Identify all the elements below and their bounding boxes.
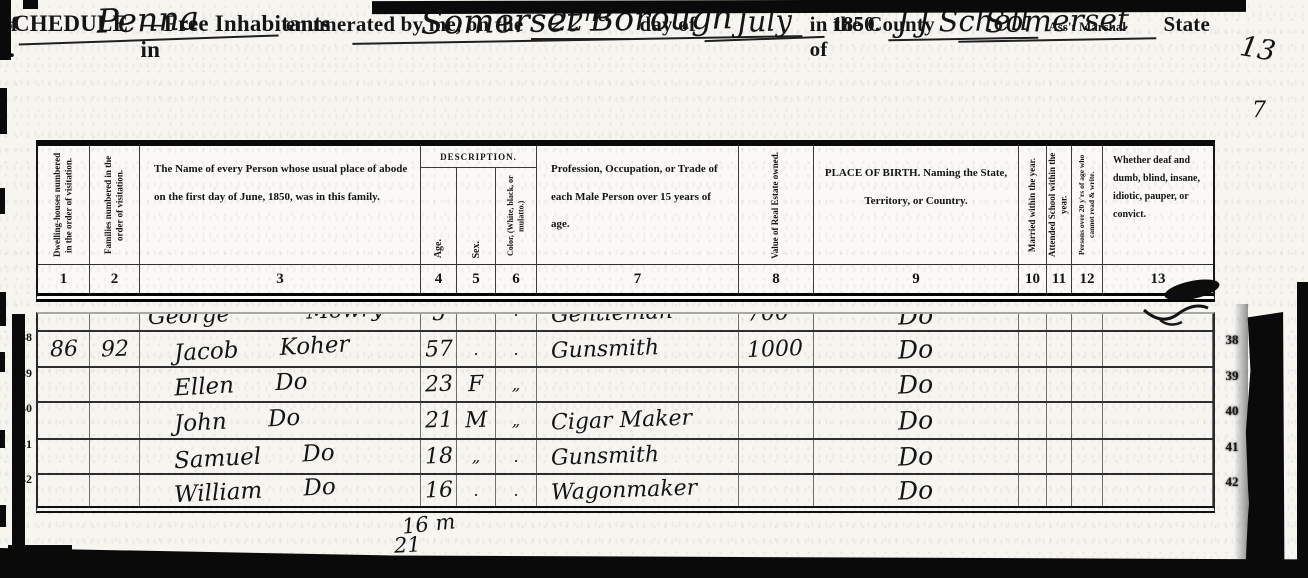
column-header-married-label: Married within the year. — [1027, 158, 1039, 252]
column-number: 5 — [457, 265, 496, 293]
line-number-right: 38 — [1221, 332, 1243, 348]
name-handwriting: Jacob Koher — [173, 331, 350, 366]
cell-birthplace: Do — [814, 440, 1019, 473]
cell-married — [1019, 475, 1047, 506]
state-handwriting: Penna — [17, 0, 278, 46]
color-handwriting: „ — [512, 411, 520, 430]
page-number-handwriting: 13 — [1237, 29, 1278, 68]
name-handwriting: Ellen Do — [173, 368, 308, 401]
column-number: 11 — [1047, 265, 1072, 293]
age-handwriting: 5 — [431, 314, 446, 326]
marshal-label: Ass't Marshal — [1048, 19, 1126, 35]
cell-dwelling — [38, 368, 90, 401]
scan-artifact-bottom-band — [0, 548, 1308, 578]
sex-handwriting: . — [473, 340, 478, 359]
cell-family — [90, 403, 140, 438]
cell-occupation: Gunsmith — [537, 440, 739, 473]
line-number-right: 42 — [1221, 474, 1243, 490]
table-row-partial: George Mowry 5 . Gentleman 700 Do — [38, 314, 1213, 332]
table-row-40: John Do 21 M „ Cigar Maker Do — [38, 403, 1213, 440]
birthplace-handwriting: Do — [898, 314, 934, 331]
occupation-handwriting: Wagonmaker — [551, 475, 698, 505]
cell-sex: . — [457, 332, 496, 366]
cell-real-estate — [739, 403, 814, 438]
birthplace-handwriting: Do — [898, 405, 934, 435]
name-handwriting: Samuel Do — [173, 439, 335, 473]
scan-artifact-right-strip — [1297, 282, 1308, 578]
cell-age: 57 — [421, 332, 457, 366]
cell-condition — [1103, 475, 1213, 506]
cell-name: Ellen Do — [140, 368, 421, 401]
scan-artifact — [0, 352, 5, 372]
column-header-birthplace: PLACE OF BIRTH. Naming the State, Territ… — [814, 146, 1019, 264]
cell-birthplace: Do — [814, 403, 1019, 438]
cell-birthplace: Do — [814, 475, 1019, 506]
cell-occupation: Gentleman — [537, 314, 739, 330]
name-handwriting: George Mowry — [148, 314, 385, 330]
scan-artifact — [0, 292, 6, 326]
cell-sex: . — [457, 475, 496, 506]
cell-birthplace: Do — [814, 368, 1019, 401]
cell-dwelling — [38, 440, 90, 473]
column-number: 8 — [739, 265, 814, 293]
column-number: 4 — [421, 265, 457, 293]
cell-married — [1019, 332, 1047, 366]
birthplace-handwriting: Do — [898, 441, 934, 471]
cell-occupation — [537, 368, 739, 401]
cell-married — [1019, 403, 1047, 438]
column-header-row: Dwelling-houses numbered in the order of… — [38, 146, 1213, 264]
table-row-42: William Do 16 . . Wagonmaker Do — [38, 475, 1213, 506]
column-number-row: 1 2 3 4 5 6 7 8 9 10 11 12 13 — [38, 264, 1213, 293]
table-row-39: Ellen Do 23 F „ Do — [38, 368, 1213, 403]
scan-artifact — [0, 505, 6, 527]
column-header-cannot-read-label: Persons over 20 y'rs of age who cannot r… — [1077, 150, 1097, 260]
cell-birthplace: Do — [814, 314, 1019, 330]
value-handwriting: 1000 — [747, 336, 804, 363]
cell-birthplace: Do — [814, 332, 1019, 366]
cell-cannot-read — [1072, 475, 1103, 506]
cell-family — [90, 475, 140, 506]
cell-sex: „ — [457, 440, 496, 473]
cell-name: Samuel Do — [140, 440, 421, 473]
cell-real-estate — [739, 368, 814, 401]
column-header-sex-label: Sex. — [470, 241, 483, 259]
birthplace-handwriting: Do — [898, 334, 934, 364]
cell-sex — [457, 314, 496, 330]
cell-cannot-read — [1072, 368, 1103, 401]
color-handwriting: . — [513, 481, 518, 500]
cell-married — [1019, 314, 1047, 330]
age-handwriting: 57 — [424, 336, 453, 362]
column-header-families-label: Families numbered in the order of visita… — [103, 150, 126, 260]
bottom-tally-handwriting: 21 — [393, 532, 421, 557]
column-header-families: Families numbered in the order of visita… — [90, 146, 140, 264]
cell-school — [1047, 314, 1072, 330]
cell-sex: M — [457, 403, 496, 438]
column-number: 1 — [38, 265, 90, 293]
cell-age: 5 — [421, 314, 457, 330]
cell-dwelling — [38, 403, 90, 438]
column-header-school-label: Attended School within the year. — [1047, 150, 1070, 260]
name-handwriting: William Do — [173, 473, 336, 507]
line-number-right: 40 — [1221, 403, 1243, 419]
cell-real-estate — [739, 475, 814, 506]
column-header-birthplace-label: PLACE OF BIRTH. Naming the State, Territ… — [822, 160, 1010, 215]
cell-married — [1019, 368, 1047, 401]
column-header-name: The Name of every Person whose usual pla… — [140, 146, 421, 264]
cell-school — [1047, 368, 1072, 401]
cell-school — [1047, 440, 1072, 473]
column-header-color: Color, (White, black, or mulatto.) — [496, 168, 537, 264]
table-row-38: 86 92 Jacob Koher 57 . . Gunsmith 1000 D… — [38, 332, 1213, 368]
secondary-page-number-handwriting: 7 — [1252, 98, 1266, 123]
cell-family — [90, 440, 140, 473]
color-handwriting: „ — [512, 375, 520, 394]
line-number-right: 41 — [1221, 439, 1243, 455]
scan-artifact-top-bar — [372, 0, 1246, 14]
cell-name: Jacob Koher — [140, 332, 421, 366]
cell-cannot-read — [1072, 314, 1103, 330]
cell-name: George Mowry — [140, 314, 421, 330]
cell-family: 92 — [90, 332, 140, 366]
cell-color: . — [496, 475, 537, 506]
cell-condition — [1103, 403, 1213, 438]
color-handwriting: . — [513, 447, 518, 466]
ink-blot — [1130, 276, 1230, 328]
description-group-columns: Age. Sex. Color, (White, black, or mulat… — [421, 168, 536, 264]
column-header-profession-label: Profession, Occupation, or Trade of each… — [551, 156, 726, 239]
column-number: 3 — [140, 265, 421, 293]
birthplace-handwriting: Do — [898, 475, 934, 505]
cell-cannot-read — [1072, 332, 1103, 366]
cell-married — [1019, 440, 1047, 473]
cell-school — [1047, 475, 1072, 506]
cell-occupation: Wagonmaker — [537, 475, 739, 506]
scan-artifact-left-bar — [12, 314, 25, 554]
column-number: 6 — [496, 265, 537, 293]
cell-school — [1047, 403, 1072, 438]
table-header: Dwelling-houses numbered in the order of… — [36, 140, 1215, 302]
column-number: 2 — [90, 265, 140, 293]
cell-color: . — [496, 332, 537, 366]
cell-age: 16 — [421, 475, 457, 506]
age-handwriting: 21 — [424, 408, 453, 434]
census-entries-grid: George Mowry 5 . Gentleman 700 Do 86 92 … — [36, 312, 1215, 513]
scan-artifact-right-block — [1244, 312, 1290, 578]
column-header-name-label: The Name of every Person whose usual pla… — [154, 156, 408, 211]
cell-color: „ — [496, 403, 537, 438]
cell-school — [1047, 332, 1072, 366]
column-header-condition-label: Whether deaf and dumb, blind, insane, id… — [1113, 152, 1205, 224]
cell-color: „ — [496, 368, 537, 401]
scan-artifact — [0, 188, 5, 214]
cell-name: William Do — [140, 475, 421, 506]
column-header-sex: Sex. — [457, 168, 496, 264]
column-number: 12 — [1072, 265, 1103, 293]
column-header-age-label: Age. — [432, 239, 445, 258]
birthplace-handwriting: Do — [898, 369, 934, 399]
cell-dwelling — [38, 314, 90, 330]
column-header-age: Age. — [421, 168, 457, 264]
age-handwriting: 18 — [424, 444, 453, 470]
scan-artifact — [23, 0, 38, 9]
sex-handwriting: „ — [472, 447, 480, 466]
table-row-41: Samuel Do 18 „ . Gunsmith Do — [38, 440, 1213, 475]
sex-handwriting: F — [468, 372, 484, 398]
description-group: DESCRIPTION. Age. Sex. Color, (White, bl… — [421, 146, 537, 264]
description-group-title: DESCRIPTION. — [421, 146, 536, 168]
column-header-condition: Whether deaf and dumb, blind, insane, id… — [1103, 146, 1213, 264]
age-handwriting: 16 — [424, 478, 453, 504]
column-header-color-label: Color, (White, black, or mulatto.) — [506, 168, 527, 264]
line-number-right: 39 — [1221, 368, 1243, 384]
column-header-cannot-read: Persons over 20 y'rs of age who cannot r… — [1072, 146, 1103, 264]
cell-age: 23 — [421, 368, 457, 401]
scan-artifact — [0, 0, 11, 60]
cell-age: 21 — [421, 403, 457, 438]
dwelling-handwriting: 86 — [49, 336, 78, 362]
cell-family — [90, 314, 140, 330]
cell-sex: F — [457, 368, 496, 401]
day-of-label: day of — [639, 12, 696, 37]
occupation-handwriting: Gunsmith — [551, 335, 660, 364]
cell-cannot-read — [1072, 403, 1103, 438]
column-header-profession: Profession, Occupation, or Trade of each… — [537, 146, 739, 264]
cell-cannot-read — [1072, 440, 1103, 473]
cell-real-estate: 700 — [739, 314, 814, 330]
cell-condition — [1103, 440, 1213, 473]
cell-color: . — [496, 440, 537, 473]
column-header-dwelling: Dwelling-houses numbered in the order of… — [38, 146, 90, 264]
cell-condition — [1103, 332, 1213, 366]
column-number: 9 — [814, 265, 1019, 293]
column-header-dwelling-label: Dwelling-houses numbered in the order of… — [52, 150, 75, 260]
cell-occupation: Gunsmith — [537, 332, 739, 366]
census-scan-page: SCHEDULE I. —Free Inhabitants in Somerse… — [0, 0, 1308, 578]
name-handwriting: John Do — [173, 404, 300, 437]
age-handwriting: 23 — [424, 372, 453, 398]
enumerated-label: enumerated by me, on the — [286, 12, 524, 37]
cell-dwelling — [38, 475, 90, 506]
cell-family — [90, 368, 140, 401]
cell-occupation: Cigar Maker — [537, 403, 739, 438]
column-header-real-estate: Value of Real Estate owned. — [739, 146, 814, 264]
cell-real-estate — [739, 440, 814, 473]
scan-artifact — [0, 430, 5, 448]
column-header-real-estate-label: Value of Real Estate owned. — [770, 152, 782, 259]
cell-color: . — [496, 314, 537, 330]
occupation-handwriting: Cigar Maker — [551, 406, 693, 436]
sex-handwriting: . — [473, 481, 478, 500]
column-number: 10 — [1019, 265, 1047, 293]
column-number: 7 — [537, 265, 739, 293]
color-handwriting: . — [513, 340, 518, 359]
cell-real-estate: 1000 — [739, 332, 814, 366]
column-header-school: Attended School within the year. — [1047, 146, 1072, 264]
cell-age: 18 — [421, 440, 457, 473]
family-handwriting: 92 — [100, 336, 129, 362]
occupation-handwriting: Gentleman — [551, 314, 674, 328]
value-handwriting: 700 — [747, 314, 790, 327]
sex-handwriting: M — [464, 408, 487, 434]
cell-name: John Do — [140, 403, 421, 438]
year-label: 1850. — [832, 12, 880, 37]
scan-artifact — [0, 88, 7, 134]
cell-dwelling: 86 — [38, 332, 90, 366]
cell-condition — [1103, 368, 1213, 401]
color-handwriting: . — [513, 314, 518, 320]
occupation-handwriting: Gunsmith — [551, 442, 660, 471]
column-header-married: Married within the year. — [1019, 146, 1047, 264]
